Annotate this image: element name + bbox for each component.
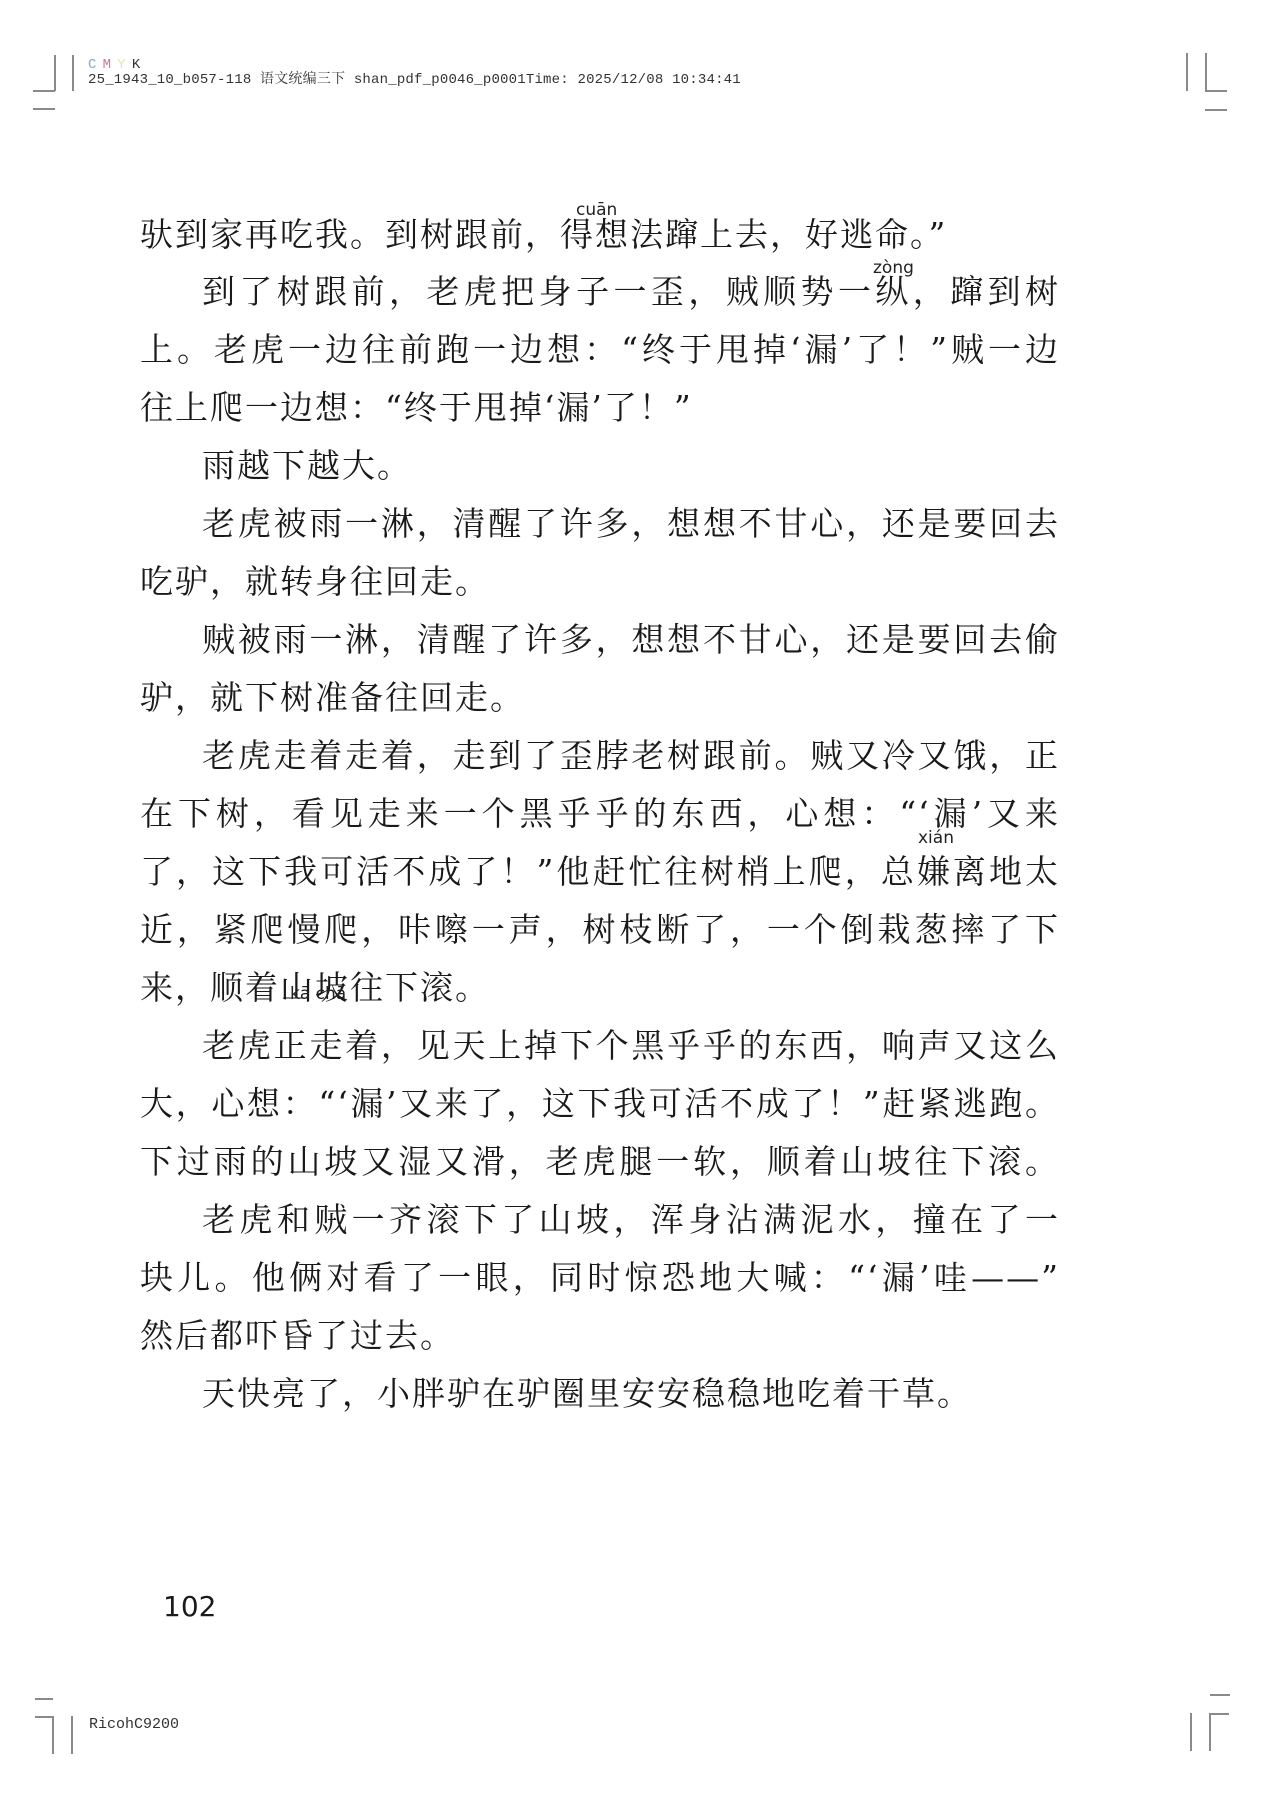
crop-mark-top-right-tick bbox=[1205, 109, 1227, 111]
printer-label: RicohC9200 bbox=[89, 1716, 179, 1733]
pinyin-cuan: cuān bbox=[576, 200, 617, 220]
text-line: 老虎正走着，见天上掉下个黑乎乎的东西，响声又这么 bbox=[140, 1016, 1060, 1076]
text-line: 老虎被雨一淋，清醒了许多，想想不甘心，还是要回去 bbox=[140, 494, 1060, 554]
crop-mark-top-right-h bbox=[1205, 90, 1227, 92]
crop-mark-bottom-right-tick bbox=[1210, 1694, 1230, 1696]
text-line: 下过雨的山坡又湿又滑，老虎腿一软，顺着山坡往下滚。 bbox=[140, 1132, 1060, 1192]
text-line: 贼被雨一淋，清醒了许多，想想不甘心，还是要回去偷 bbox=[140, 610, 1060, 670]
text-line: 天快亮了，小胖驴在驴圈里安安稳稳地吃着干草。 bbox=[140, 1364, 1060, 1424]
text-line: 然后都吓昏了过去。 bbox=[140, 1306, 1060, 1366]
cmyk-marks: CMYK bbox=[88, 58, 741, 73]
text-line: 雨越下越大。 bbox=[140, 436, 1060, 496]
crop-mark-bottom-left-tick bbox=[35, 1698, 53, 1700]
slug-line: 25_1943_10_b057-118 语文统编三下 shan_pdf_p004… bbox=[88, 73, 741, 88]
crop-mark-top-left-v bbox=[54, 55, 56, 91]
crop-mark-bottom-right-v2 bbox=[1190, 1713, 1192, 1751]
crop-mark-bottom-right-v bbox=[1209, 1713, 1211, 1751]
crop-mark-bottom-left-h bbox=[35, 1716, 53, 1718]
text-line: 驴，就下树准备往回走。 bbox=[140, 668, 1060, 728]
crop-mark-top-right-v bbox=[1186, 53, 1188, 91]
cmyk-m: M bbox=[103, 57, 112, 73]
cmyk-y: Y bbox=[117, 57, 126, 73]
text-line: 往上爬一边想：“终于甩掉‘漏’了！” bbox=[140, 378, 1060, 438]
text-line: 上。老虎一边往前跑一边想：“终于甩掉‘漏’了！”贼一边 bbox=[140, 320, 1060, 380]
crop-mark-bottom-right-h bbox=[1209, 1713, 1229, 1715]
crop-mark-top-right-v2 bbox=[1205, 53, 1207, 91]
text-line: 来，顺着山坡往下滚。 bbox=[140, 958, 1060, 1018]
cmyk-c: C bbox=[88, 57, 97, 73]
text-line: 老虎走着走着，走到了歪脖老树跟前。贼又冷又饿，正 bbox=[140, 726, 1060, 786]
crop-mark-top-left-h bbox=[33, 90, 55, 92]
text-line: 了，这下我可活不成了！”他赶忙往树梢上爬，总嫌离地太 bbox=[140, 842, 1060, 902]
page-number: 102 bbox=[163, 1590, 216, 1623]
crop-mark-top-left-v2 bbox=[72, 55, 74, 91]
text-line: 到了树跟前，老虎把身子一歪，贼顺势一纵，蹿到树 bbox=[140, 262, 1060, 322]
print-slug: CMYK 25_1943_10_b057-118 语文统编三下 shan_pdf… bbox=[88, 58, 741, 88]
cmyk-k: K bbox=[132, 57, 141, 73]
text-line: 吃驴，就转身往回走。 bbox=[140, 552, 1060, 612]
pinyin-xian: xián bbox=[918, 828, 954, 848]
text-line: 老虎和贼一齐滚下了山坡，浑身沾满泥水，撞在了一 bbox=[140, 1190, 1060, 1250]
crop-mark-bottom-left-v bbox=[52, 1716, 54, 1754]
text-line: 块儿。他俩对看了一眼，同时惊恐地大喊：“‘漏’哇——” bbox=[140, 1248, 1060, 1308]
text-line: 近，紧爬慢爬，咔嚓一声，树枝断了，一个倒栽葱摔了下 bbox=[140, 900, 1060, 960]
pinyin-ka-cha: kā chā bbox=[290, 984, 346, 1004]
text-line: 大，心想：“‘漏’又来了，这下我可活不成了！”赶紧逃跑。 bbox=[140, 1074, 1060, 1134]
pinyin-zong: zòng bbox=[873, 258, 914, 278]
crop-mark-top-left-tick bbox=[33, 108, 55, 110]
crop-mark-bottom-left-v2 bbox=[71, 1716, 73, 1754]
